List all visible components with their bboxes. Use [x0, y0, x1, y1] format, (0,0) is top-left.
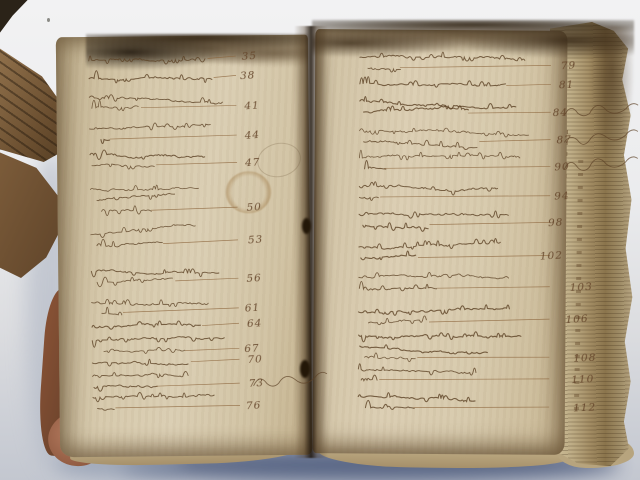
handwritten-script [90, 224, 317, 263]
handwritten-script [92, 391, 318, 426]
right-page-register-entries: 79818487909498102103106108110112 [357, 41, 639, 442]
register-entry: 103 [358, 271, 638, 306]
folio-number: 102 [540, 249, 564, 262]
folio-number: 103 [569, 281, 593, 294]
folio-number: 35 [241, 50, 257, 63]
folio-number: 41 [244, 99, 260, 112]
register-entry: 102 [358, 241, 638, 275]
register-entry: 50 [89, 181, 330, 229]
folio-number: 76 [246, 399, 262, 412]
folio-number: 98 [548, 216, 564, 229]
cover-corner-fragment [0, 0, 30, 34]
folio-number: 70 [247, 353, 263, 366]
folio-number: 53 [248, 233, 264, 246]
register-entry: 98 [358, 208, 638, 243]
folio-number: 56 [246, 272, 262, 285]
folio-number: 50 [246, 201, 262, 214]
folio-number: 64 [247, 317, 263, 330]
folio-number: 44 [244, 129, 260, 142]
folio-number: 47 [245, 156, 261, 169]
folio-number: 61 [244, 302, 260, 315]
left-page-register-entries: 3538414447505356616467707376 [88, 43, 333, 441]
handwritten-script [89, 181, 316, 229]
folio-number: 108 [573, 352, 596, 365]
folio-number: 94 [554, 190, 570, 203]
handwritten-script [358, 208, 628, 243]
folio-number: 110 [571, 373, 595, 386]
register-entry: 47 [89, 147, 329, 182]
register-entry: 76 [92, 391, 332, 426]
register-entry: 53 [90, 223, 331, 263]
folio-number: 90 [554, 161, 570, 174]
handwritten-script [89, 147, 315, 182]
folio-number: 79 [561, 59, 577, 72]
handwritten-script [358, 241, 628, 275]
folio-number: 87 [556, 134, 572, 147]
folio-number: 73 [248, 377, 264, 390]
folio-number: 81 [559, 79, 575, 92]
manuscript-photo: 3538414447505356616467707376 79818487909… [0, 0, 640, 480]
dust-speck [47, 18, 50, 22]
folio-number: 106 [565, 313, 589, 326]
folio-number: 38 [240, 69, 256, 82]
folio-number: 84 [552, 107, 568, 120]
register-entry: 112 [357, 391, 637, 428]
folio-number: 112 [573, 401, 597, 414]
